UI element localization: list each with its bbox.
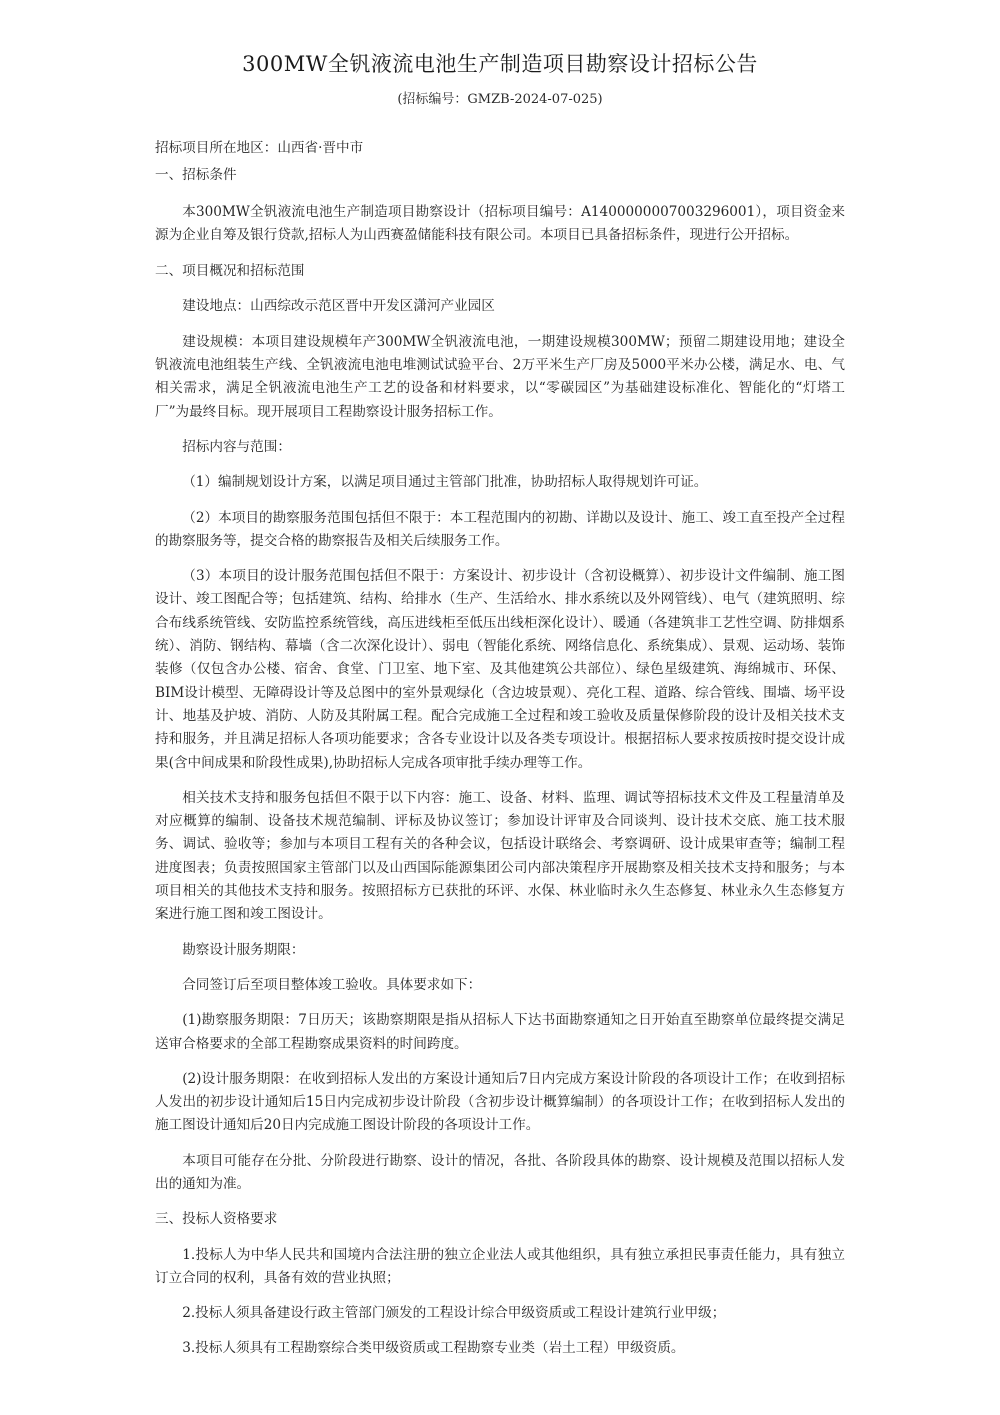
tender-number: (招标编号：GMZB-2024-07-025) [0,88,1000,107]
paragraph: 相关技术支持和服务包括但不限于以下内容：施工、设备、材料、监理、调试等招标技术文… [155,787,845,927]
paragraph: 1.投标人为中华人民共和国境内合法注册的独立企业法人或其他组织，具有独立承担民事… [155,1244,845,1291]
paragraph: 本300MW全钒液流电池生产制造项目勘察设计（招标项目编号：A140000000… [155,201,845,248]
document-body: 招标项目所在地区：山西省·晋中市 一、招标条件 本300MW全钒液流电池生产制造… [155,137,845,1373]
paragraph: 本项目可能存在分批、分阶段进行勘察、设计的情况，各批、各阶段具体的勘察、设计规模… [155,1150,845,1197]
paragraph: 合同签订后至项目整体竣工验收。具体要求如下： [155,974,845,997]
paragraph: （3）本项目的设计服务范围包括但不限于：方案设计、初步设计（含初设概算）、初步设… [155,565,845,775]
paragraph: (2)设计服务期限：在收到招标人发出的方案设计通知后7日内完成方案设计阶段的各项… [155,1068,845,1138]
paragraph: 建设地点：山西综改示范区晋中开发区潇河产业园区 [155,295,845,318]
paragraph: 2.投标人须具备建设行政主管部门颁发的工程设计综合甲级资质或工程设计建筑行业甲级… [155,1302,845,1325]
paragraph: 勘察设计服务期限： [155,939,845,962]
document-title: 300MW全钒液流电池生产制造项目勘察设计招标公告 [0,48,1000,78]
project-region: 招标项目所在地区：山西省·晋中市 [155,137,845,160]
document-page: 300MW全钒液流电池生产制造项目勘察设计招标公告 (招标编号：GMZB-202… [0,0,1000,1415]
section-heading-3: 三、投标人资格要求 [155,1208,845,1231]
paragraph: 建设规模：本项目建设规模年产300MW全钒液流电池，一期建设规模300MW；预留… [155,331,845,424]
paragraph: 招标内容与范围： [155,436,845,459]
section-heading-1: 一、招标条件 [155,164,845,187]
paragraph: 3.投标人须具有工程勘察综合类甲级资质或工程勘察专业类（岩土工程）甲级资质。 [155,1337,845,1360]
section-heading-2: 二、项目概况和招标范围 [155,260,845,283]
paragraph: (1)勘察服务期限：7日历天；该勘察期限是指从招标人下达书面勘察通知之日开始直至… [155,1009,845,1056]
paragraph: （2）本项目的勘察服务范围包括但不限于：本工程范围内的初勘、详勘以及设计、施工、… [155,507,845,554]
paragraph: （1）编制规划设计方案，以满足项目通过主管部门批准，协助招标人取得规划许可证。 [155,471,845,494]
